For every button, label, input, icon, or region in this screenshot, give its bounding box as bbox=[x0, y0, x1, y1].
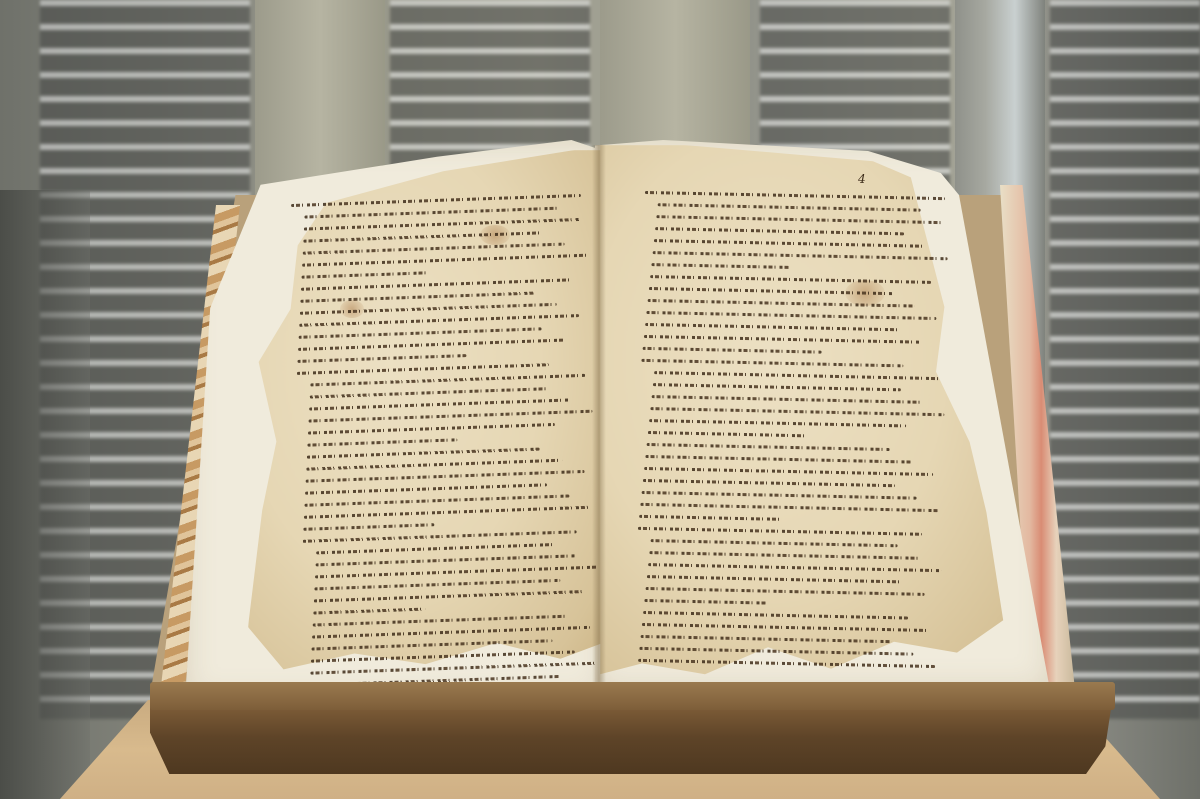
handwriting-line bbox=[313, 615, 568, 627]
right-page-handwriting bbox=[635, 187, 945, 673]
handwriting-line bbox=[311, 650, 575, 662]
handwriting-line bbox=[653, 383, 901, 391]
handwriting-line bbox=[648, 563, 941, 572]
handwriting-line bbox=[649, 551, 919, 560]
handwriting-line bbox=[645, 323, 898, 331]
handwriting-line bbox=[654, 239, 926, 248]
handwriting-line bbox=[642, 623, 930, 632]
handwriting-line bbox=[315, 566, 598, 579]
handwriting-line bbox=[316, 554, 576, 566]
handwriting-line bbox=[297, 354, 466, 363]
handwriting-line bbox=[655, 227, 904, 235]
handwriting-line bbox=[299, 327, 542, 338]
handwriting-line bbox=[658, 203, 921, 212]
handwriting-line bbox=[304, 207, 557, 219]
handwriting-line bbox=[638, 527, 922, 536]
handwriting-line bbox=[648, 431, 808, 437]
handwriting-line bbox=[641, 359, 903, 367]
handwriting-line bbox=[316, 543, 553, 554]
handwriting-line bbox=[310, 387, 548, 398]
handwriting-line bbox=[653, 251, 948, 260]
handwriting-line bbox=[312, 639, 553, 650]
page-number: 4 bbox=[858, 172, 866, 186]
handwriting-line bbox=[299, 314, 579, 327]
handwriting-line bbox=[303, 243, 565, 255]
handwriting-line bbox=[313, 608, 425, 615]
handwriting-line bbox=[644, 467, 933, 476]
handwriting-line bbox=[301, 278, 572, 290]
handwriting-line bbox=[638, 659, 935, 668]
handwriting-line bbox=[297, 363, 549, 375]
handwriting-line bbox=[643, 611, 908, 620]
handwriting-line bbox=[650, 275, 931, 284]
handwriting-line bbox=[314, 590, 583, 602]
handwriting-line bbox=[308, 423, 555, 435]
handwriting-line bbox=[642, 491, 917, 500]
photo-scene: 4 bbox=[0, 0, 1200, 799]
display-case-glass bbox=[0, 190, 90, 799]
handwriting-line bbox=[639, 647, 913, 656]
handwriting-line bbox=[312, 626, 590, 639]
handwriting-line bbox=[646, 311, 936, 320]
handwriting-line bbox=[647, 575, 903, 583]
handwriting-line bbox=[654, 371, 939, 380]
handwriting-line bbox=[644, 599, 766, 605]
handwriting-line bbox=[310, 374, 585, 387]
handwriting-line bbox=[303, 523, 434, 531]
handwriting-line bbox=[307, 448, 540, 459]
handwriting-line bbox=[304, 506, 592, 519]
handwriting-line bbox=[649, 419, 906, 427]
handwriting-line bbox=[309, 398, 570, 410]
handwriting-line bbox=[646, 587, 925, 596]
handwriting-line bbox=[303, 530, 577, 543]
handwriting-line bbox=[645, 191, 945, 200]
handwriting-line bbox=[643, 479, 895, 487]
handwriting-line bbox=[302, 271, 430, 278]
handwriting-line bbox=[309, 410, 593, 423]
handwriting-line bbox=[639, 515, 780, 521]
window-shutter bbox=[1050, 0, 1200, 719]
book-stand-lip bbox=[150, 682, 1115, 710]
handwriting-line bbox=[305, 483, 547, 494]
handwriting-line bbox=[645, 455, 911, 464]
handwriting-line bbox=[643, 347, 822, 354]
handwriting-line bbox=[304, 218, 580, 231]
handwriting-line bbox=[651, 539, 898, 547]
handwriting-line bbox=[641, 635, 892, 643]
handwriting-line bbox=[656, 215, 942, 224]
left-page-handwriting bbox=[291, 190, 589, 727]
handwriting-line bbox=[650, 407, 944, 416]
handwriting-line bbox=[298, 339, 564, 351]
handwriting-line bbox=[644, 335, 920, 344]
handwriting-line bbox=[306, 459, 562, 471]
handwriting-line bbox=[307, 438, 457, 446]
handwriting-line bbox=[300, 303, 557, 315]
handwriting-line bbox=[310, 662, 597, 675]
handwriting-line bbox=[647, 443, 890, 451]
handwriting-line bbox=[640, 503, 938, 512]
handwriting-line bbox=[651, 263, 789, 269]
handwriting-line bbox=[652, 395, 923, 404]
handwriting-line bbox=[649, 287, 893, 295]
handwriting-line bbox=[304, 495, 569, 507]
handwriting-line bbox=[648, 299, 915, 308]
handwriting-line bbox=[306, 470, 585, 483]
handwriting-line bbox=[300, 292, 534, 303]
handwriting-line bbox=[303, 231, 542, 242]
handwriting-line bbox=[314, 579, 560, 591]
book-gutter bbox=[592, 145, 606, 695]
handwriting-line bbox=[302, 254, 587, 267]
